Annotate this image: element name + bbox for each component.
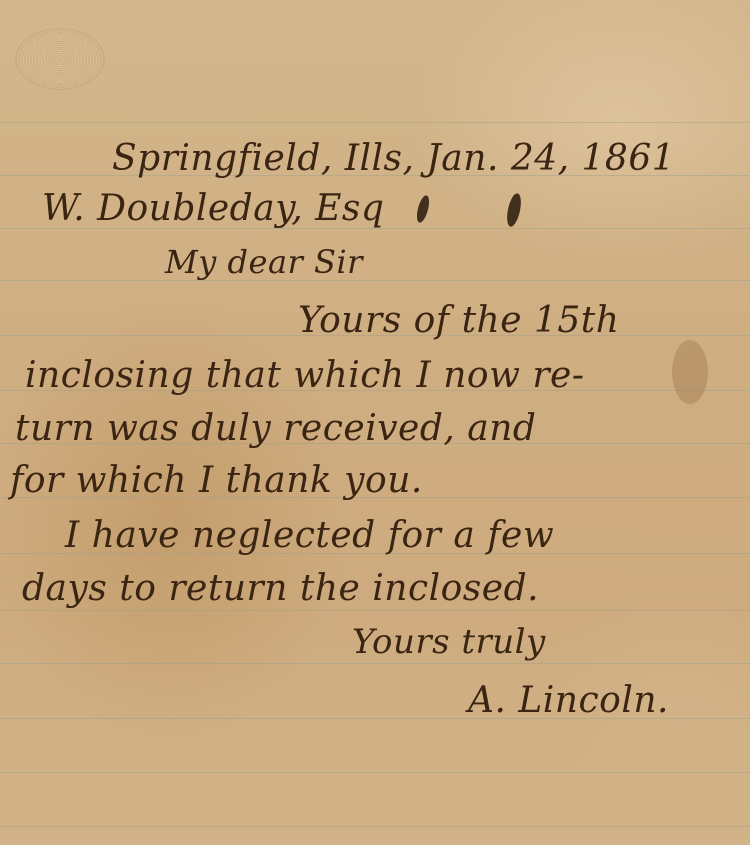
ruled-line bbox=[0, 663, 750, 664]
ruled-line bbox=[0, 772, 750, 773]
closing: Yours truly bbox=[352, 622, 546, 662]
signature: A. Lincoln. bbox=[468, 680, 669, 721]
water-stain bbox=[672, 340, 708, 404]
body-line-4: for which I thank you. bbox=[10, 460, 423, 501]
body-line-5: I have neglected for a few bbox=[65, 515, 554, 556]
dateline: Springfield, Ills, Jan. 24, 1861 bbox=[112, 138, 675, 179]
body-line-2: inclosing that which I now re- bbox=[25, 355, 585, 396]
ruled-line bbox=[0, 280, 750, 281]
salutation: My dear Sir bbox=[165, 243, 363, 281]
ruled-line bbox=[0, 122, 750, 123]
ink-blot bbox=[505, 192, 524, 228]
addressee: W. Doubleday, Esq bbox=[42, 188, 384, 229]
body-line-6: days to return the inclosed. bbox=[22, 568, 539, 609]
ruled-line bbox=[0, 826, 750, 827]
letter-page: Springfield, Ills, Jan. 24, 1861 W. Doub… bbox=[0, 0, 750, 845]
ruled-line bbox=[0, 610, 750, 611]
body-line-1: Yours of the 15th bbox=[298, 300, 619, 341]
embossed-stationer-stamp bbox=[15, 28, 105, 90]
ink-blot bbox=[415, 194, 432, 224]
body-line-3: turn was duly received, and bbox=[15, 408, 536, 449]
